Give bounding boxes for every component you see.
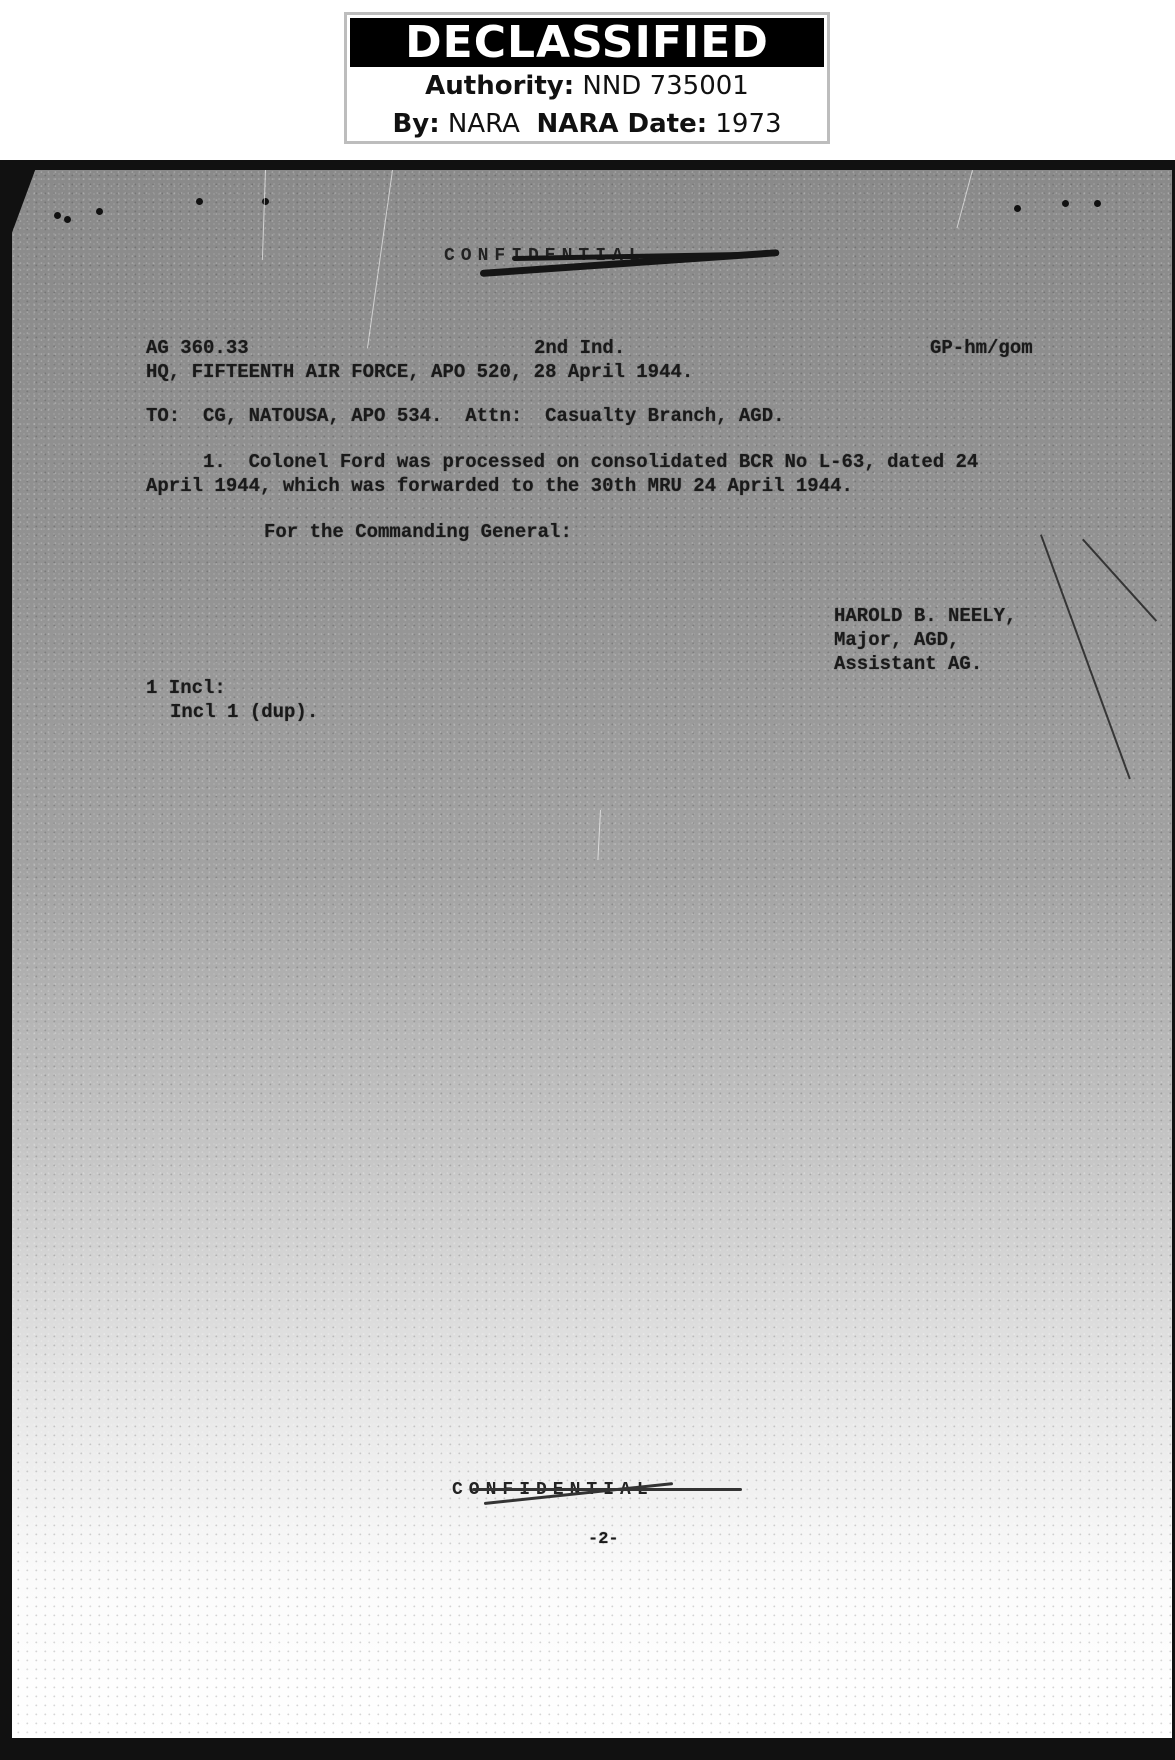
document-paper: CONFIDENTIAL AG 360.33 2nd Ind. GP-hm/go… bbox=[12, 170, 1172, 1738]
signature-rank: Major, AGD, bbox=[834, 628, 959, 652]
enclosure-item: Incl 1 (dup). bbox=[170, 700, 318, 724]
punch-hole-mark bbox=[196, 198, 203, 205]
scanned-page-frame: CONFIDENTIAL AG 360.33 2nd Ind. GP-hm/go… bbox=[0, 160, 1175, 1760]
stamp-authority: Authority: NND 735001 bbox=[347, 71, 827, 101]
stamp-title: DECLASSIFIED bbox=[350, 18, 824, 67]
stamp-by-label: By: bbox=[392, 109, 439, 139]
file-reference: AG 360.33 bbox=[146, 336, 249, 360]
addressee-line: TO: CG, NATOUSA, APO 534. Attn: Casualty… bbox=[146, 404, 785, 428]
stamp-authority-label: Authority: bbox=[425, 71, 574, 101]
stamp-date-label: NARA Date: bbox=[536, 109, 707, 139]
punch-hole-mark bbox=[1062, 200, 1069, 207]
punch-hole-mark bbox=[96, 208, 103, 215]
paragraph-1-line-2: April 1944, which was forwarded to the 3… bbox=[146, 474, 853, 498]
stamp-authority-value: NND 735001 bbox=[582, 71, 748, 101]
declassified-stamp: DECLASSIFIED Authority: NND 735001 By: N… bbox=[344, 12, 830, 144]
classification-strikethrough bbox=[472, 1488, 742, 1491]
signature-name: HAROLD B. NEELY, bbox=[834, 604, 1016, 628]
stamp-date-value: 1973 bbox=[715, 109, 781, 139]
punch-hole-mark bbox=[54, 212, 61, 219]
typist-initials: GP-hm/gom bbox=[930, 336, 1033, 360]
page-number: -2- bbox=[588, 1528, 619, 1552]
enclosure-header: 1 Incl: bbox=[146, 676, 226, 700]
paragraph-1-line-1: 1. Colonel Ford was processed on consoli… bbox=[146, 450, 978, 474]
stamp-by-date: By: NARA NARA Date: 1973 bbox=[347, 109, 827, 139]
closing-line: For the Commanding General: bbox=[264, 520, 572, 544]
signature-title: Assistant AG. bbox=[834, 652, 982, 676]
origin-line: HQ, FIFTEENTH AIR FORCE, APO 520, 28 Apr… bbox=[146, 360, 693, 384]
punch-hole-mark bbox=[64, 216, 71, 223]
indorsement-number: 2nd Ind. bbox=[534, 336, 625, 360]
punch-hole-mark bbox=[1014, 205, 1021, 212]
stamp-by-value: NARA bbox=[448, 109, 520, 139]
punch-hole-mark bbox=[1094, 200, 1101, 207]
